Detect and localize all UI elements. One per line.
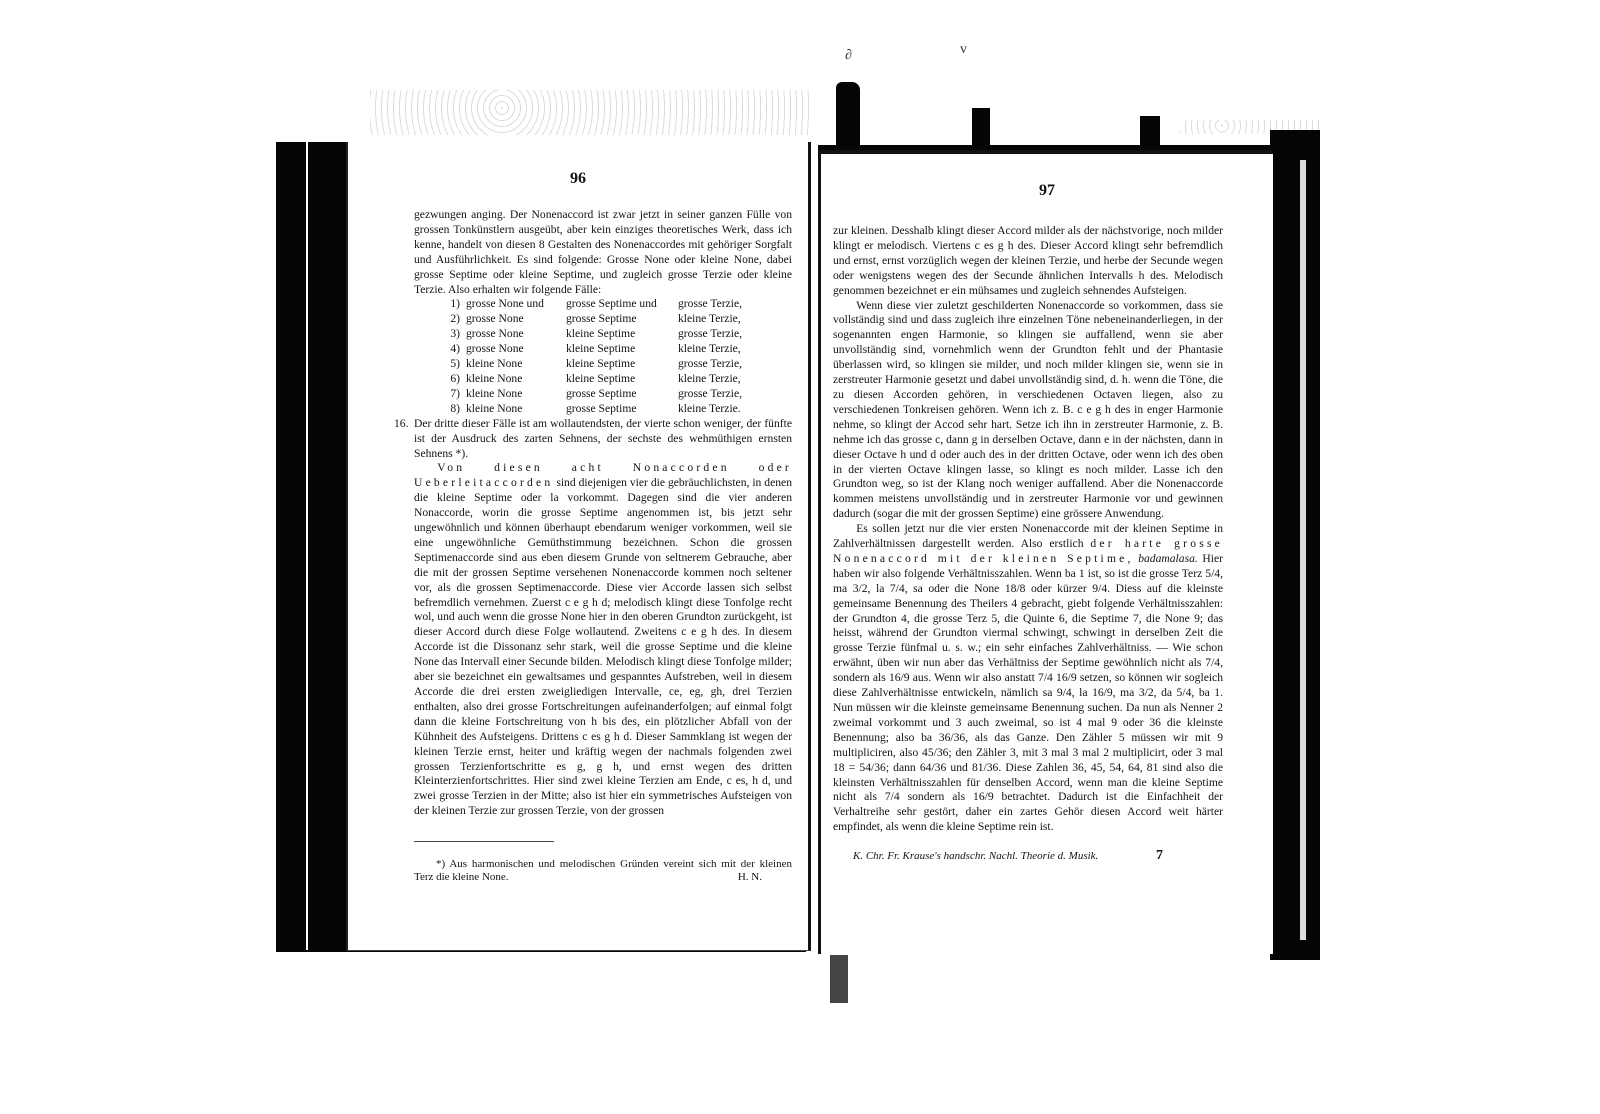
case-item: 6)kleine Nonekleine Septimekleine Terzie… xyxy=(414,372,792,387)
case-n: 1) xyxy=(414,297,466,312)
case-item: 8)kleine Nonegrosse Septimekleine Terzie… xyxy=(414,402,792,417)
left-book-edge xyxy=(276,142,346,952)
case-septime: kleine Septime xyxy=(566,357,678,372)
case-n: 7) xyxy=(414,387,466,402)
paragraph: zur kleinen. Desshalb klingt dieser Acco… xyxy=(833,224,1223,299)
case-n: 3) xyxy=(414,327,466,342)
case-septime: kleine Septime xyxy=(566,372,678,387)
case-item: 4)grosse Nonekleine Septimekleine Terzie… xyxy=(414,342,792,357)
cases-list: 1)grosse None undgrosse Septime undgross… xyxy=(414,297,792,416)
case-terzie: kleine Terzie, xyxy=(678,312,788,327)
right-book-edge xyxy=(1270,130,1320,960)
syllables: badamalasa. xyxy=(1138,552,1198,565)
case-item: 2)grosse Nonegrosse Septimekleine Terzie… xyxy=(414,312,792,327)
bookmark-tail-bottom xyxy=(830,955,848,1003)
case-n: 2) xyxy=(414,312,466,327)
case-none: kleine None xyxy=(466,372,566,387)
case-terzie: grosse Terzie, xyxy=(678,297,788,312)
case-none: kleine None xyxy=(466,402,566,417)
signature-text: K. Chr. Fr. Krause's handschr. Nachl. Th… xyxy=(853,849,1098,864)
paragraph: Wenn diese vier zuletzt geschilderten No… xyxy=(833,299,1223,523)
case-none: kleine None xyxy=(466,357,566,372)
right-page: 97 zur kleinen. Desshalb klingt dieser A… xyxy=(818,150,1273,954)
paragraph-text: Hier haben wir also folgende Verhältniss… xyxy=(833,552,1223,833)
case-terzie: kleine Terzie, xyxy=(678,372,788,387)
left-page: 96 gezwungen anging. Der Nonenaccord ist… xyxy=(346,142,811,951)
footnote: *) Aus harmonischen und melodischen Grün… xyxy=(414,858,792,884)
case-item: 1)grosse None undgrosse Septime undgross… xyxy=(414,297,792,312)
right-page-body: zur kleinen. Desshalb klingt dieser Acco… xyxy=(833,224,1223,864)
left-page-body: gezwungen anging. Der Nonenaccord ist zw… xyxy=(414,208,792,884)
footnote-rule xyxy=(414,841,554,842)
case-none: grosse None xyxy=(466,312,566,327)
case-terzie: grosse Terzie, xyxy=(678,357,788,372)
pencil-mark-2: v xyxy=(960,42,967,58)
footnote-signature: H. N. xyxy=(716,871,792,884)
case-item: 3)grosse Nonekleine Septimegrosse Terzie… xyxy=(414,327,792,342)
case-none: grosse None xyxy=(466,327,566,342)
case-septime: grosse Septime und xyxy=(566,297,678,312)
case-septime: grosse Septime xyxy=(566,387,678,402)
case-n: 6) xyxy=(414,372,466,387)
case-item: 5)kleine Nonekleine Septimegrosse Terzie… xyxy=(414,357,792,372)
case-septime: kleine Septime xyxy=(566,327,678,342)
paragraph-section-16: 16. Der dritte dieser Fälle ist am wolla… xyxy=(414,417,792,462)
pencil-mark: ∂ xyxy=(845,48,852,64)
signature-number: 7 xyxy=(1156,849,1163,864)
paragraph-text: sind diejenigen vier die gebräuchlichste… xyxy=(414,476,792,817)
paragraph-text: Der dritte dieser Fälle ist am wollauten… xyxy=(414,417,792,460)
case-septime: grosse Septime xyxy=(566,312,678,327)
left-edge-line xyxy=(306,142,308,952)
case-none: grosse None und xyxy=(466,297,566,312)
page-number-right: 97 xyxy=(821,182,1273,200)
bookmark-tab-3 xyxy=(1140,116,1160,150)
signature-line: K. Chr. Fr. Krause's handschr. Nachl. Th… xyxy=(833,849,1223,864)
case-terzie: grosse Terzie, xyxy=(678,327,788,342)
paragraph: gezwungen anging. Der Nonenaccord ist zw… xyxy=(414,208,792,297)
case-n: 5) xyxy=(414,357,466,372)
bookmark-tab-1 xyxy=(836,82,860,150)
case-n: 4) xyxy=(414,342,466,357)
case-septime: grosse Septime xyxy=(566,402,678,417)
section-number: 16. xyxy=(394,417,409,432)
case-none: grosse None xyxy=(466,342,566,357)
bookmark-tab-2 xyxy=(972,108,990,150)
case-septime: kleine Septime xyxy=(566,342,678,357)
case-terzie: kleine Terzie. xyxy=(678,402,788,417)
right-edge-line xyxy=(1300,160,1306,940)
paragraph: Von diesen acht Nonaccorden oder Ueberle… xyxy=(414,461,792,819)
page-number-left: 96 xyxy=(348,170,808,188)
paragraph: Es sollen jetzt nur die vier ersten None… xyxy=(833,522,1223,835)
case-item: 7)kleine Nonegrosse Septimegrosse Terzie… xyxy=(414,387,792,402)
case-none: kleine None xyxy=(466,387,566,402)
case-terzie: grosse Terzie, xyxy=(678,387,788,402)
case-terzie: kleine Terzie, xyxy=(678,342,788,357)
scan-noise-top xyxy=(370,90,810,135)
case-n: 8) xyxy=(414,402,466,417)
